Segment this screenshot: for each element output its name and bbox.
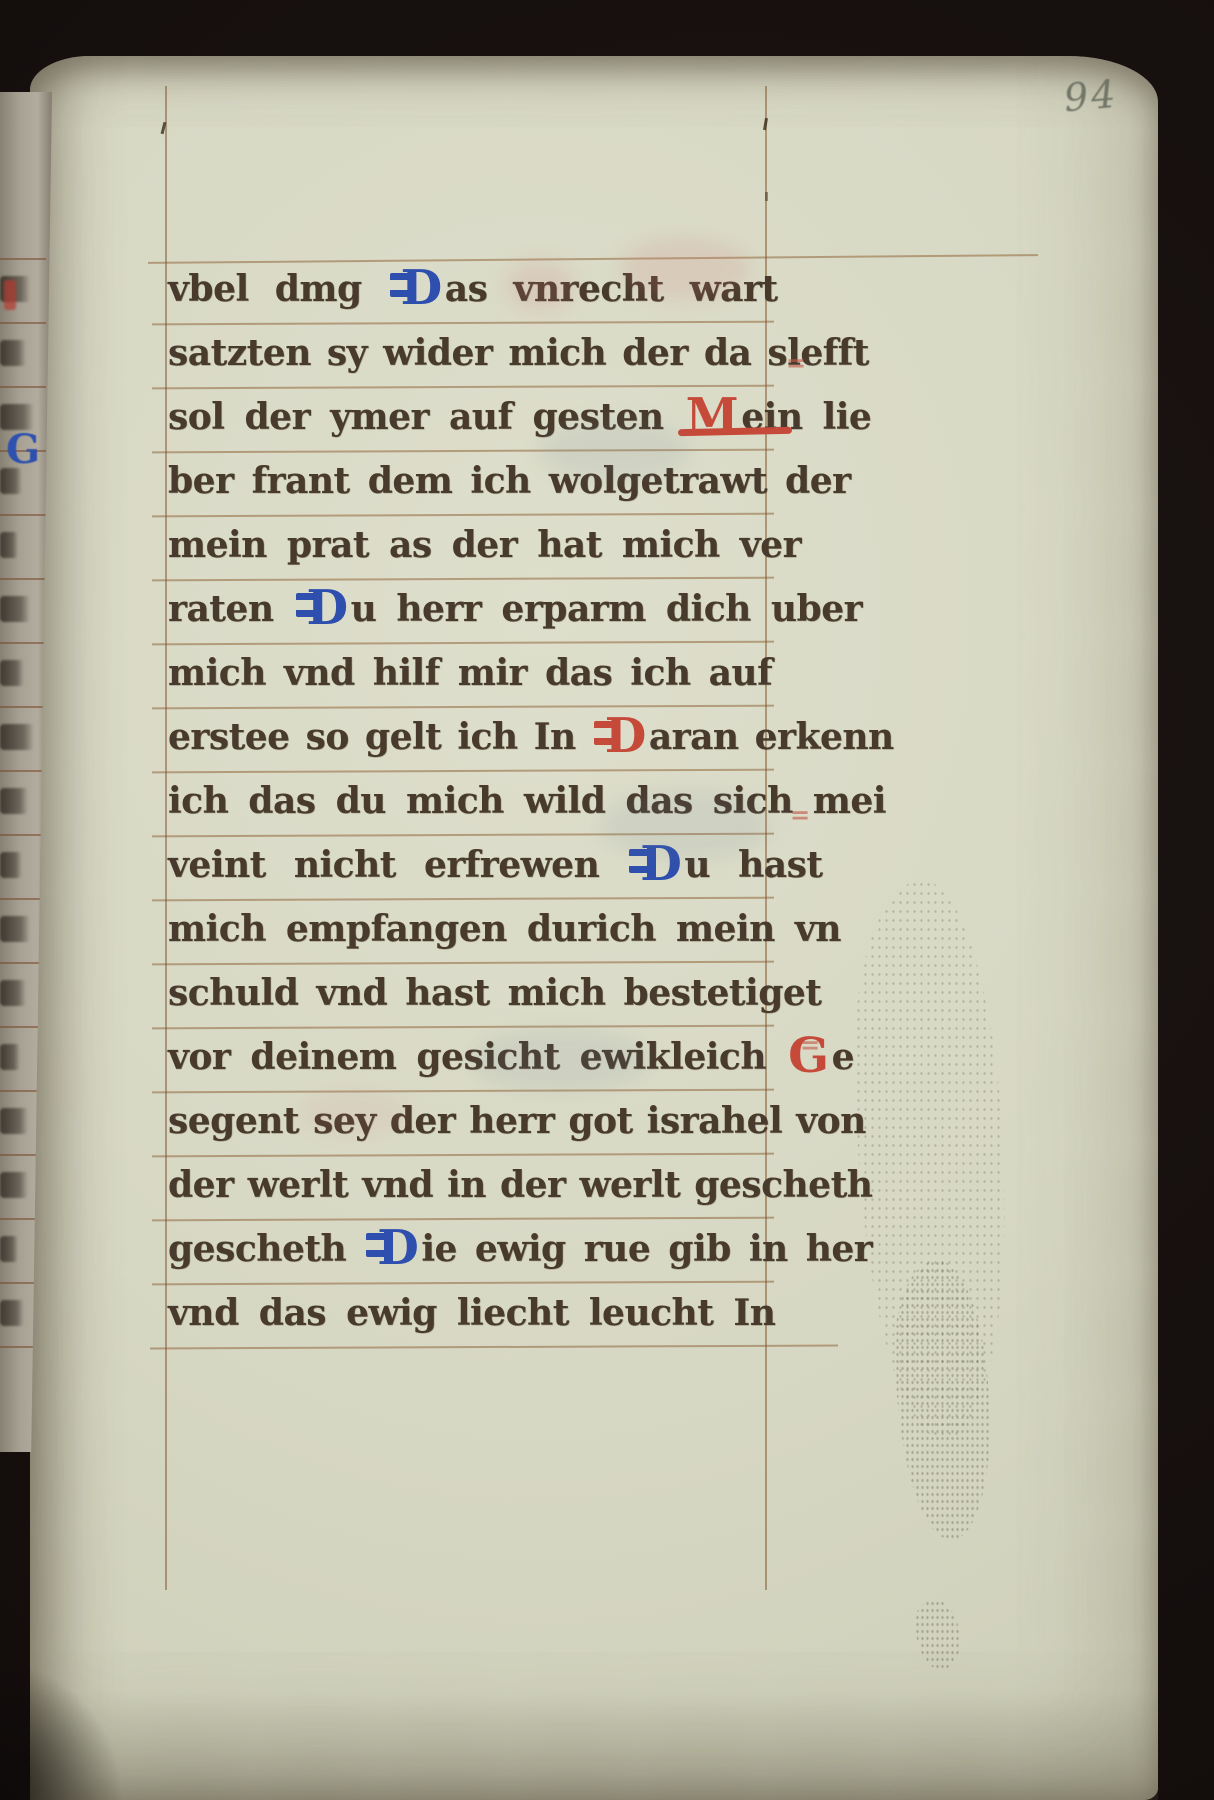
show-through <box>540 420 690 480</box>
red-margin-mark: = <box>786 348 806 377</box>
manuscript-line: gescheth Die ewig rue gib in her <box>168 1218 872 1282</box>
text-segment: ich das du mich wild das sich mei <box>168 780 886 822</box>
edge-ruling-line <box>0 514 46 516</box>
edge-ruling-line <box>0 642 46 644</box>
manuscript-line: mich vnd hilf mir das ich auf <box>168 642 772 706</box>
edge-text-fragment <box>0 340 26 366</box>
text-segment: schuld vnd hast mich bestetiget <box>168 972 821 1014</box>
edge-text-fragment <box>0 1172 28 1198</box>
photo-background: 94 vbel dmg Das vnrecht wartsatzten sy w… <box>0 0 1214 1800</box>
edge-text-fragment <box>0 532 18 558</box>
text-segment: segent sey der herr got israhel von <box>168 1100 866 1142</box>
ruling-vertical-left <box>165 86 167 1590</box>
manuscript-line: vnd das ewig liecht leucht In <box>168 1282 775 1346</box>
text-segment: vbel dmg <box>168 268 388 310</box>
edge-text-fragment <box>0 1108 28 1134</box>
manuscript-line: mich empfangen durich mein vn <box>168 898 841 962</box>
edge-text-fragment <box>0 660 24 686</box>
ink-ghost <box>620 238 750 300</box>
edge-text-fragment <box>0 980 26 1006</box>
text-segment: satzten sy wider mich der da slefft <box>168 332 869 374</box>
text-segment: der werlt vnd in der werlt gescheth <box>168 1164 872 1206</box>
edge-ruling-line <box>0 898 46 900</box>
edge-text-fragment <box>0 788 28 814</box>
illuminated-initial: D <box>294 584 351 632</box>
text-segment: mich vnd hilf mir das ich auf <box>168 652 772 694</box>
text-segment: erstee so gelt ich In <box>168 716 592 758</box>
red-margin-mark: = <box>790 800 810 829</box>
text-segment: e <box>832 1036 854 1078</box>
edge-ruling-line <box>0 706 46 708</box>
text-segment: vnd das ewig liecht leucht In <box>168 1292 775 1334</box>
text-segment: ie ewig rue gib in her <box>421 1228 872 1270</box>
manuscript-line: schuld vnd hast mich bestetiget <box>168 962 821 1026</box>
folio-number: 94 <box>1062 72 1120 121</box>
text-segment: mein prat as der hat mich ver <box>168 524 801 566</box>
illuminated-initial: D <box>592 712 649 760</box>
edge-text-fragment <box>0 916 30 942</box>
ink-ghost <box>505 262 575 312</box>
edge-ruling-line <box>0 386 46 388</box>
edge-ruling-line <box>0 258 46 260</box>
manuscript-line: ber frant dem ich wolgetrawt der <box>168 450 851 514</box>
text-segment: veint nicht erfrewen <box>168 844 627 886</box>
text-segment: mich empfangen durich mein vn <box>168 908 841 950</box>
show-through <box>600 790 770 860</box>
edge-text-fragment <box>0 1044 20 1070</box>
manuscript-line: der werlt vnd in der werlt gescheth <box>168 1154 872 1218</box>
text-segment: gescheth <box>168 1228 364 1270</box>
edge-red-fragment <box>4 280 16 310</box>
red-margin-mark: = <box>800 1030 820 1059</box>
manuscript-line: erstee so gelt ich In Daran erkenn <box>168 706 894 770</box>
manuscript-line: segent sey der herr got israhel von <box>168 1090 866 1154</box>
manuscript-line: raten Du herr erparm dich uber <box>168 578 862 642</box>
illuminated-initial: M <box>684 392 742 440</box>
text-segment: ber frant dem ich wolgetrawt der <box>168 460 851 502</box>
text-segment: raten <box>168 588 294 630</box>
bottom-edge-shade <box>30 1690 1158 1800</box>
edge-ruling-line <box>0 770 46 772</box>
manuscript-line: ich das du mich wild das sich mei <box>168 770 886 834</box>
edge-text-fragment <box>0 724 34 750</box>
manuscript-line: sol der ymer auf gesten Mein lie <box>168 386 871 450</box>
edge-text-fragment <box>0 852 22 878</box>
illuminated-initial: D <box>388 264 445 312</box>
illuminated-initial: D <box>364 1224 421 1272</box>
edge-text-fragment <box>0 596 30 622</box>
pen-tick <box>765 192 768 201</box>
ink-ghost <box>300 1090 410 1135</box>
edge-ruling-line <box>0 834 46 836</box>
text-segment: aran erkenn <box>649 716 894 758</box>
edge-text-fragment <box>0 1300 24 1326</box>
text-segment: u herr erparm dich uber <box>351 588 862 630</box>
edge-initial: G <box>6 430 40 470</box>
manuscript-line: mein prat as der hat mich ver <box>168 514 801 578</box>
edge-ruling-line <box>0 322 46 324</box>
edge-ruling-line <box>0 578 46 580</box>
manuscript-line: satzten sy wider mich der da slefft <box>168 322 869 386</box>
edge-text-fragment <box>0 1236 18 1262</box>
show-through <box>470 1030 650 1090</box>
